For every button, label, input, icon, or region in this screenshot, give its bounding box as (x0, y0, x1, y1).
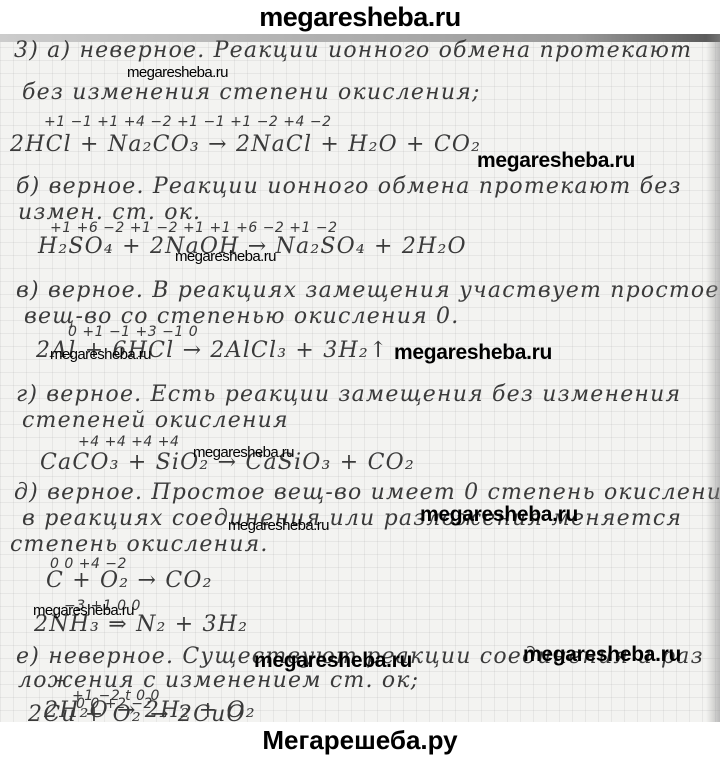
watermark: megaresheba.ru (477, 149, 635, 173)
item-a-equation: 2HCl + Na₂CO₃ → 2NaCl + H₂O + CO₂ (10, 132, 481, 157)
item-c-text-line-1: в) верное. В реакциях замещения участвуе… (16, 278, 720, 303)
watermark: megaresheba.ru (127, 64, 228, 81)
item-d-text-line-1: г) верное. Есть реакции замещения без из… (16, 382, 681, 407)
watermark: megaresheba.ru (228, 517, 329, 534)
item-e-text-line-1: д) верное. Простое вещ-во имеет 0 степен… (14, 480, 720, 505)
item-a-text-line-1: 3) а) неверное. Реакции ионного обмена п… (14, 38, 692, 63)
item-d-text-line-2: степеней окисления (22, 408, 289, 433)
item-a-oxidation-states: +1 −1 +1 +4 −2 +1 −1 +1 −2 +4 −2 (44, 114, 332, 130)
watermark: megaresheba.ru (175, 248, 276, 265)
item-d-oxidation-states: +4 +4 +4 +4 (78, 434, 179, 450)
watermark: megaresheba.ru (523, 643, 681, 667)
item-a-text-line-2: без изменения степени окисления; (22, 80, 481, 105)
watermark: megaresheba.ru (193, 444, 294, 461)
notebook-page: 3) а) неверное. Реакции ионного обмена п… (0, 34, 720, 722)
item-e-text-line-3: степень окисления. (10, 532, 269, 557)
watermark: megaresheba.ru (33, 602, 134, 619)
site-header: megaresheba.ru (0, 0, 720, 34)
watermark: megaresheba.ru (420, 503, 578, 527)
watermark: megaresheba.ru (254, 649, 412, 673)
site-footer: Мегарешеба.ру (0, 722, 720, 758)
item-e-text-line-2: в реакциях соединения или разложения мен… (22, 506, 682, 531)
item-b-text-line-1: б) верное. Реакции ионного обмена протек… (16, 174, 682, 199)
watermark: megaresheba.ru (394, 341, 552, 365)
item-e-eq1: C + O₂ → CO₂ (46, 568, 213, 593)
watermark: megaresheba.ru (50, 346, 151, 363)
